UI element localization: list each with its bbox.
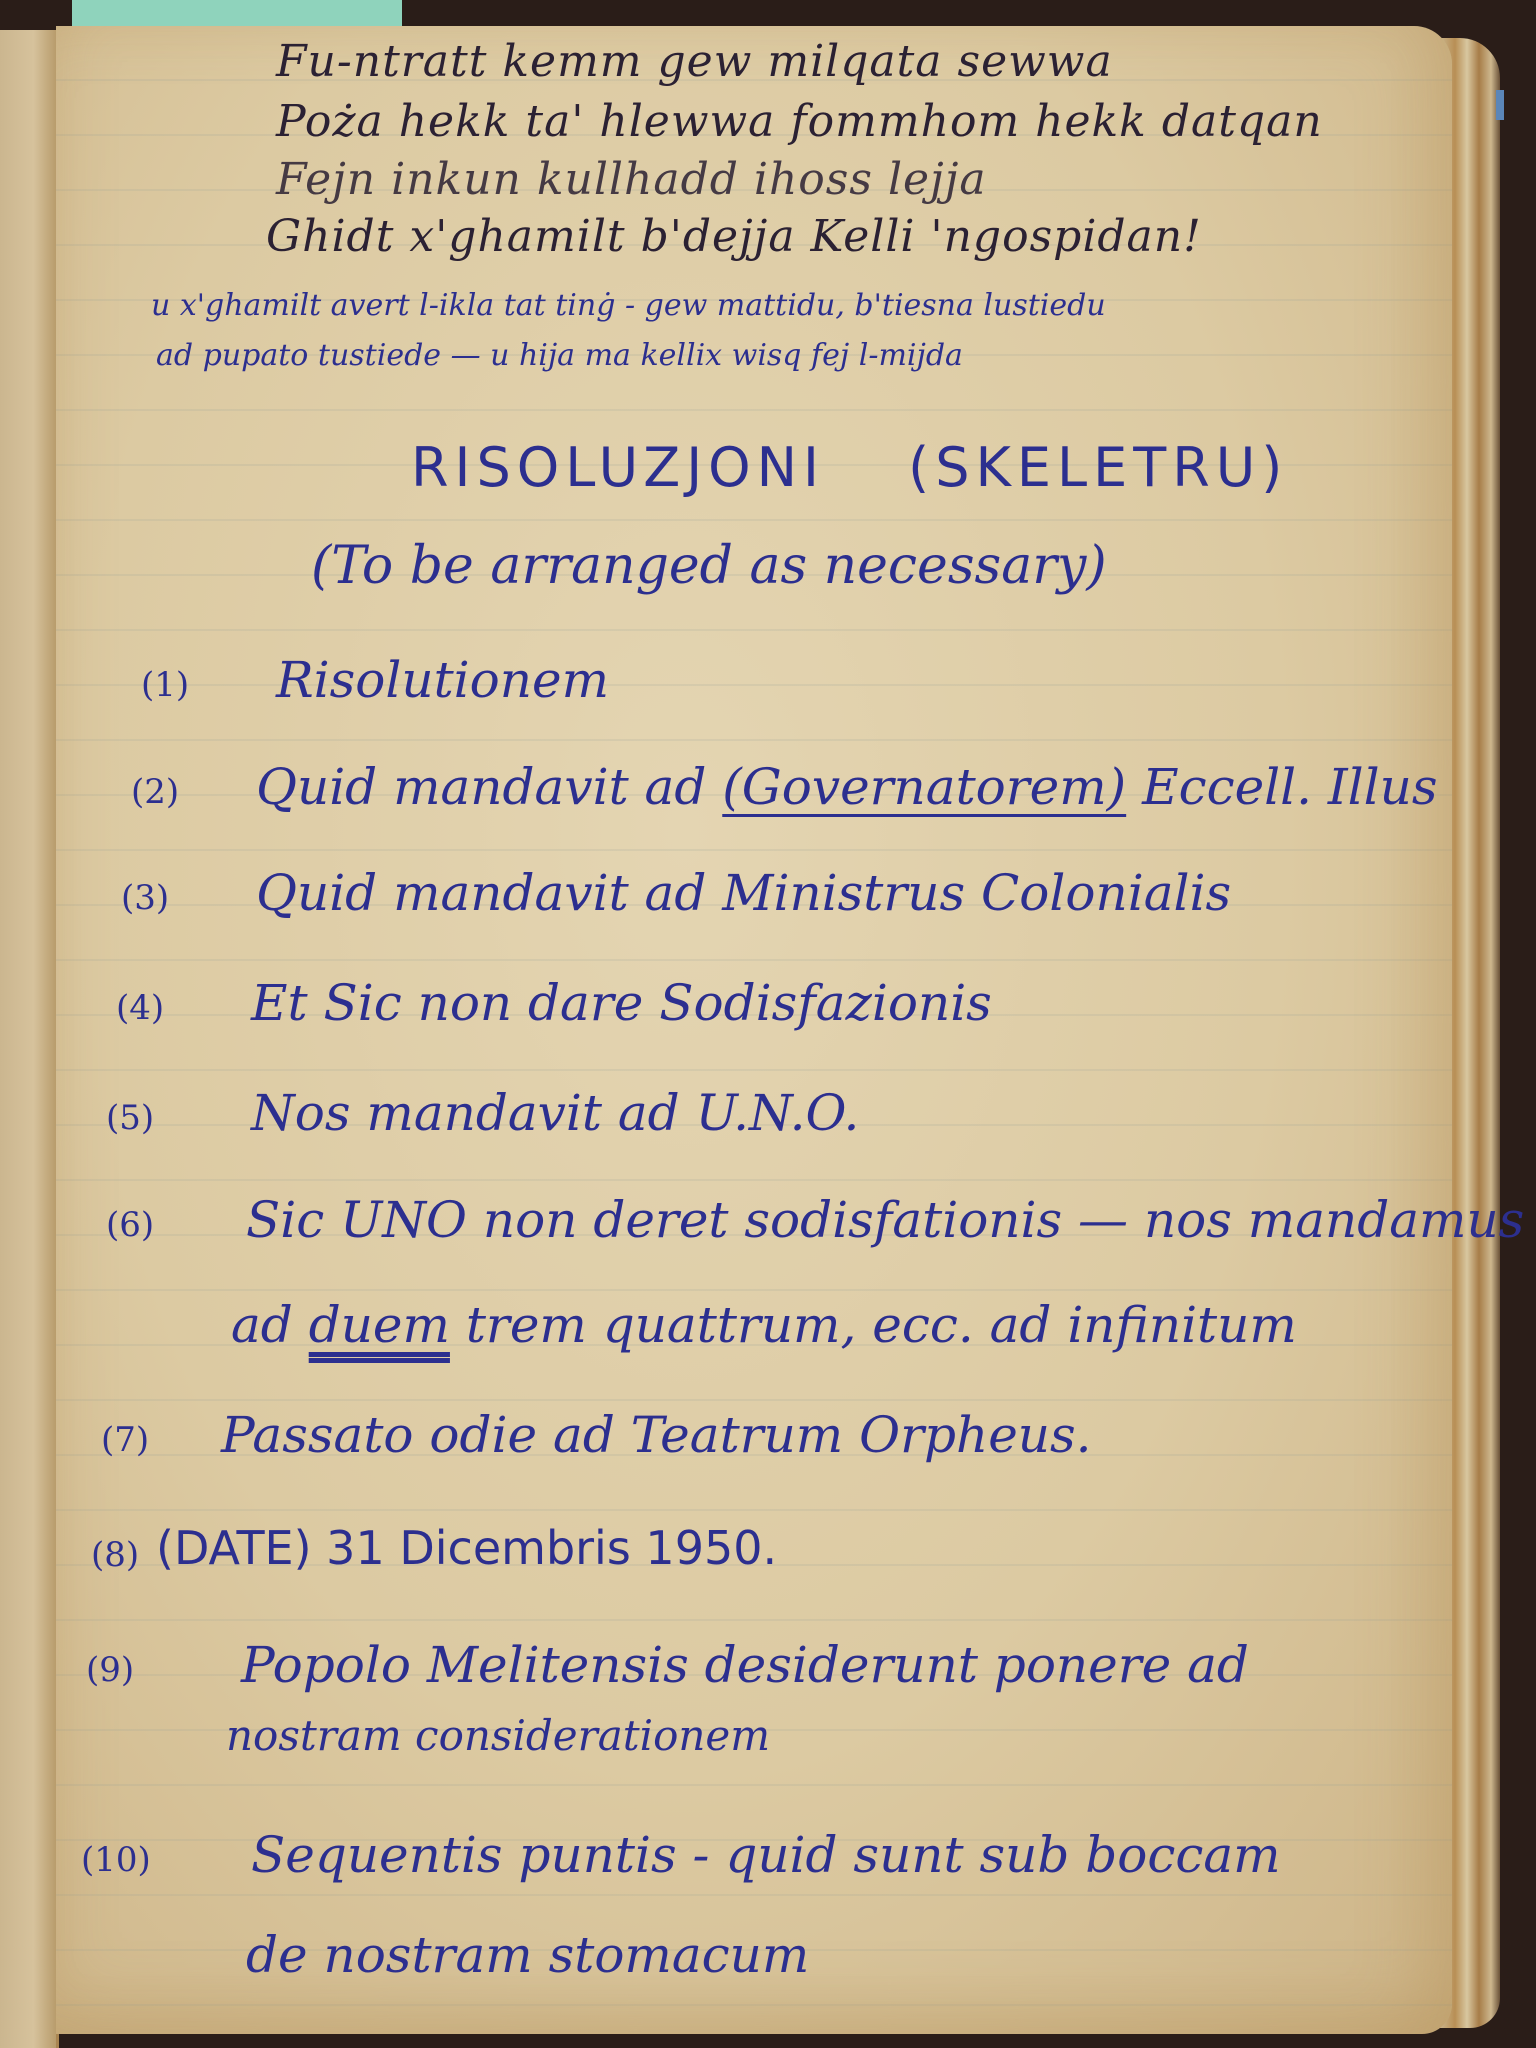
item-text-part: Eccell. Illus bbox=[1126, 758, 1437, 816]
teal-background-strip bbox=[72, 0, 402, 26]
item-number: (10) bbox=[81, 1840, 151, 1880]
verse-line-3: Fejn inkun kullhadd ihoss lejja bbox=[276, 154, 987, 205]
list-item-continuation: de nostram stomacum bbox=[81, 1926, 809, 1984]
item-text: Sic UNO non deret sodisfationis — nos ma… bbox=[246, 1191, 1524, 1249]
item-text: Sequentis puntis - quid sunt sub boccam bbox=[251, 1826, 1281, 1884]
verse-line-2: Poża hekk ta' hlewwa fommhom hekk datqan bbox=[276, 96, 1323, 147]
list-item: (3) Quid mandavit ad Ministrus Coloniali… bbox=[121, 864, 1231, 922]
item-number: (5) bbox=[106, 1098, 154, 1138]
item-text: Risolutionem bbox=[276, 651, 609, 709]
verse-line-1: Fu-ntratt kemm gew milqata sewwa bbox=[276, 36, 1113, 87]
list-item-continuation: ad duem trem quattrum, ecc. ad infinitum bbox=[106, 1296, 1297, 1354]
blue-bookmark-tab bbox=[1496, 90, 1504, 120]
list-item: (8) (DATE) 31 Dicembris 1950. bbox=[91, 1521, 777, 1575]
verse-line-4: Ghidt x'ghamilt b'dejja Kelli 'ngospidan… bbox=[266, 211, 1202, 262]
item-text: Et Sic non dare Sodisfazionis bbox=[251, 974, 992, 1032]
item-number: (1) bbox=[141, 665, 189, 705]
page-title: RISOLUZJONI (SKELETRU) bbox=[411, 436, 1288, 499]
list-item: (5) Nos mandavit ad U.N.O. bbox=[106, 1084, 859, 1142]
item-text: (DATE) 31 Dicembris 1950. bbox=[156, 1521, 777, 1575]
notebook-page: Fu-ntratt kemm gew milqata sewwa Poża he… bbox=[56, 26, 1452, 2034]
item-text: Passato odie ad Teatrum Orpheus. bbox=[221, 1406, 1092, 1464]
item-number: (8) bbox=[91, 1535, 139, 1575]
list-item: (10) Sequentis puntis - quid sunt sub bo… bbox=[81, 1826, 1281, 1884]
item-text: Quid mandavit ad Ministrus Colonialis bbox=[256, 864, 1231, 922]
item-text: nostram considerationem bbox=[226, 1711, 770, 1760]
list-item: (2) Quid mandavit ad (Governatorem) Ecce… bbox=[131, 758, 1438, 816]
title-paren-text: (SKELETRU) bbox=[908, 436, 1288, 499]
list-item: (7) Passato odie ad Teatrum Orpheus. bbox=[101, 1406, 1092, 1464]
item-number: (6) bbox=[106, 1205, 154, 1245]
list-item: (6) Sic UNO non deret sodisfationis — no… bbox=[106, 1191, 1524, 1249]
item-text-part: ad bbox=[231, 1296, 309, 1354]
page-subtitle: (To be arranged as necessary) bbox=[311, 536, 1107, 596]
list-item: (9) Popolo Melitensis desiderunt ponere … bbox=[86, 1636, 1249, 1694]
item-number: (4) bbox=[116, 988, 164, 1028]
facing-page-edge bbox=[0, 30, 59, 2048]
item-text-double-underlined: duem bbox=[309, 1296, 450, 1354]
item-number: (3) bbox=[121, 878, 169, 918]
item-number: (7) bbox=[101, 1420, 149, 1460]
item-number: (9) bbox=[86, 1650, 134, 1690]
item-text: Popolo Melitensis desiderunt ponere ad bbox=[241, 1636, 1249, 1694]
item-text: ad duem trem quattrum, ecc. ad infinitum bbox=[231, 1296, 1297, 1354]
item-text-part: Quid mandavit ad bbox=[256, 758, 722, 816]
item-text: de nostram stomacum bbox=[246, 1926, 809, 1984]
item-text: Quid mandavit ad (Governatorem) Eccell. … bbox=[256, 758, 1438, 816]
item-text-underlined: (Governatorem) bbox=[722, 758, 1126, 816]
item-number: (2) bbox=[131, 772, 179, 812]
note-line-1: u x'ghamilt avert l-ikla tat tinġ - gew … bbox=[151, 288, 1106, 323]
item-text-part: trem quattrum, ecc. ad infinitum bbox=[450, 1296, 1297, 1354]
list-item: (1) Risolutionem bbox=[141, 651, 609, 709]
note-line-2: ad pupato tustiede — u hija ma kellix wi… bbox=[156, 338, 963, 373]
item-text: Nos mandavit ad U.N.O. bbox=[251, 1084, 859, 1142]
title-text: RISOLUZJONI bbox=[411, 436, 825, 499]
list-item: (4) Et Sic non dare Sodisfazionis bbox=[116, 974, 992, 1032]
list-item-continuation: nostram considerationem bbox=[86, 1711, 770, 1760]
